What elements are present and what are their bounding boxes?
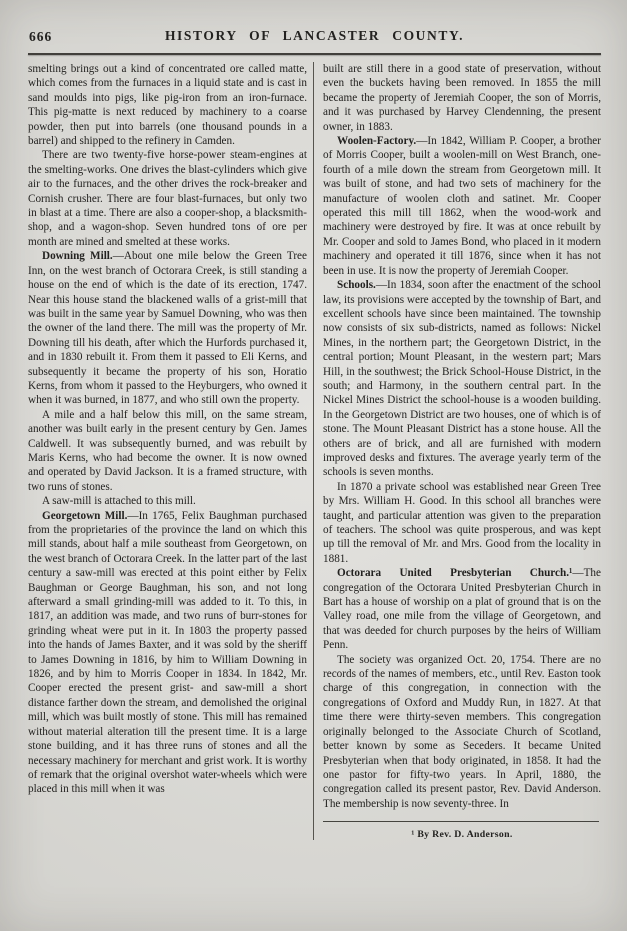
right-column: built are still there in a good state of… [314,62,601,840]
paragraph-octorara-church: Octorara United Presbyterian Church.¹—Th… [323,566,601,652]
paragraph-text: There are two twenty-five horse-power st… [28,149,307,247]
paragraph-saw-mill: A saw-mill is attached to this mill. [28,494,307,508]
paragraph-caldwell-mill: A mile and a half below this mill, on th… [28,408,307,494]
section-heading-schools: Schools. [337,279,376,291]
paragraph-text: A mile and a half below this mill, on th… [28,409,307,493]
page-header: 666 HISTORY OF LANCASTER COUNTY. [28,28,601,50]
header-rule [28,53,601,55]
section-heading-georgetown-mill: Georgetown Mill. [42,510,127,522]
text-columns: smelting brings out a kind of concentrat… [28,62,601,840]
paragraph-text: A saw-mill is attached to this mill. [42,495,196,507]
paragraph-text: —In 1834, soon after the enactment of th… [323,279,601,478]
paragraph-mill-continuation: built are still there in a good state of… [323,62,601,134]
paragraph-smelting-continuation: smelting brings out a kind of concentrat… [28,62,307,148]
paragraph-society-history: The society was organized Oct. 20, 1754.… [323,653,601,811]
paragraph-text: smelting brings out a kind of concentrat… [28,63,307,147]
page-title: HISTORY OF LANCASTER COUNTY. [28,28,601,44]
book-page: 666 HISTORY OF LANCASTER COUNTY. smeltin… [0,0,627,931]
section-heading-downing-mill: Downing Mill. [42,250,113,262]
paragraph-steam-engines: There are two twenty-five horse-power st… [28,148,307,249]
footnote-rule [323,821,599,822]
footnote: ¹ By Rev. D. Anderson. [323,829,601,840]
paragraph-woolen-factory: Woolen-Factory.—In 1842, William P. Coop… [323,134,601,278]
paragraph-text: built are still there in a good state of… [323,63,601,133]
paragraph-text: The society was organized Oct. 20, 1754.… [323,654,601,810]
paragraph-text: —In 1765, Felix Baughman purchased from … [28,510,307,796]
left-column: smelting brings out a kind of concentrat… [28,62,313,840]
section-heading-woolen-factory: Woolen-Factory. [337,135,416,147]
paragraph-text: —About one mile below the Green Tree Inn… [28,250,307,406]
section-heading-octorara-church: Octorara United Presbyterian Church.¹ [337,567,572,579]
paragraph-text: In 1870 a private school was established… [323,481,601,565]
page-number: 666 [29,29,52,45]
paragraph-private-school: In 1870 a private school was established… [323,480,601,566]
paragraph-schools: Schools.—In 1834, soon after the enactme… [323,278,601,480]
paragraph-text: —The congregation of the Octorara United… [323,567,601,651]
paragraph-text: —In 1842, William P. Cooper, a brother o… [323,135,601,277]
paragraph-georgetown-mill: Georgetown Mill.—In 1765, Felix Baughman… [28,509,307,797]
paragraph-downing-mill: Downing Mill.—About one mile below the G… [28,249,307,407]
